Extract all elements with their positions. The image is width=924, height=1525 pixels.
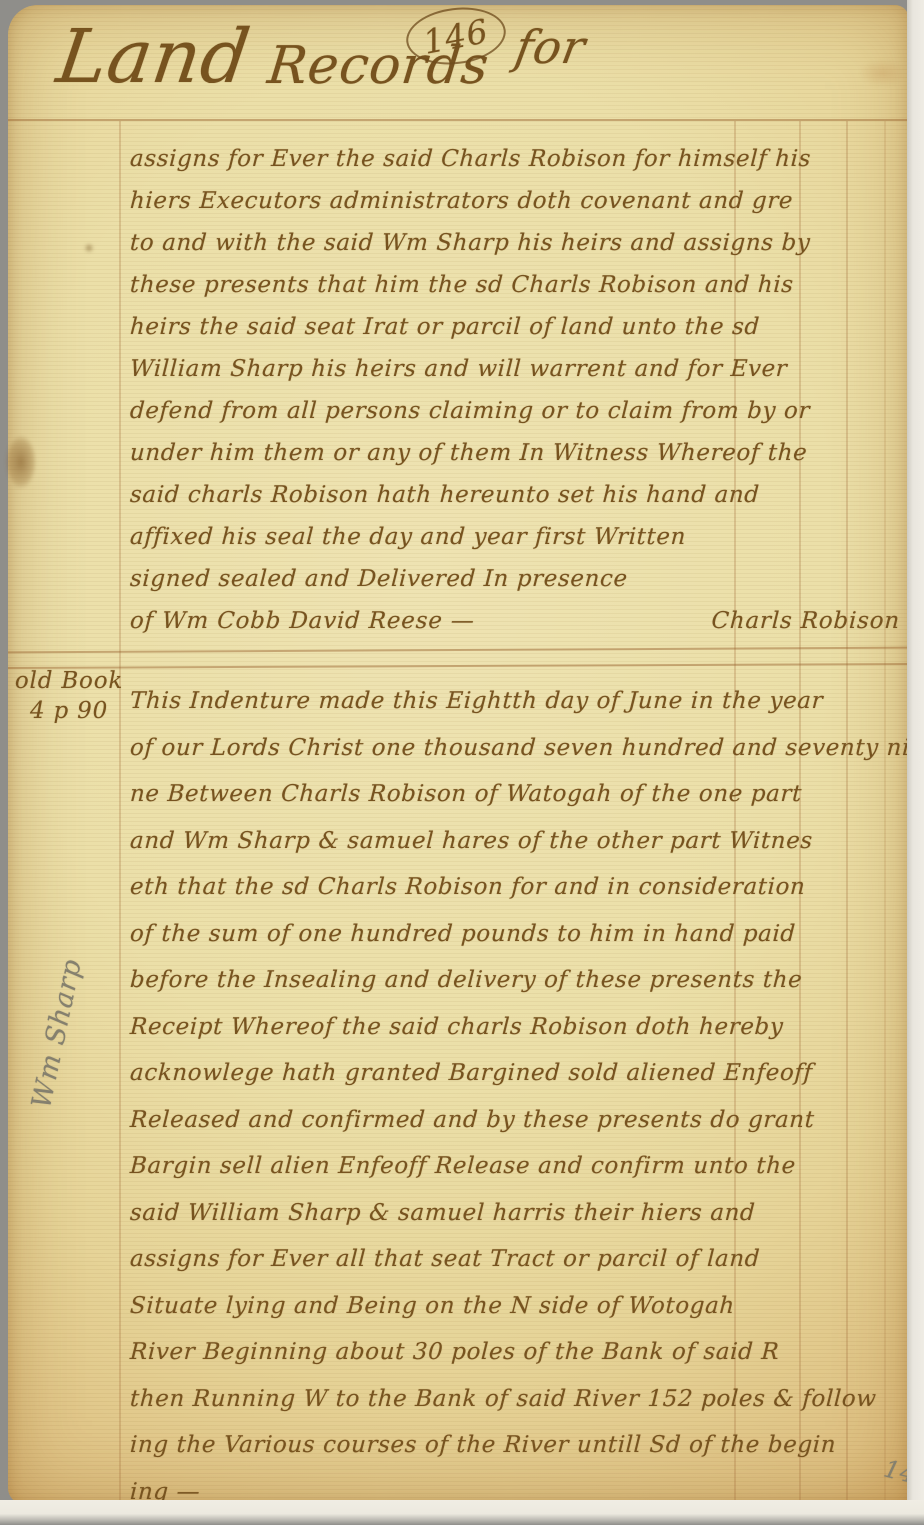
- handwritten-line: before the Insealing and delivery of the…: [129, 957, 911, 1004]
- handwritten-line: then Running W to the Bank of said River…: [129, 1376, 911, 1423]
- left-margin-rule: [119, 121, 121, 1500]
- scanned-document-screenshot: { "page": { "title_word1": "Land", "titl…: [0, 0, 924, 1525]
- handwritten-line: ing the Various courses of the River unt…: [129, 1422, 911, 1469]
- grantor-signature: Charls Robison: [710, 600, 901, 642]
- page-title-for: for: [511, 20, 590, 74]
- handwritten-line: hiers Executors administrators doth cove…: [129, 180, 812, 222]
- handwritten-line: Released and confirmed and by these pres…: [129, 1097, 911, 1144]
- handwritten-line: of the sum of one hundred pounds to him …: [129, 911, 911, 958]
- old-book-reference-line1: old Book: [14, 666, 124, 696]
- handwritten-line: signed sealed and Delivered In presence: [129, 558, 812, 600]
- handwritten-line: affixed his seal the day and year first …: [129, 516, 812, 558]
- handwritten-line: heirs the said seat Irat or parcil of la…: [129, 306, 812, 348]
- deed-entry-2-text: This Indenture made this Eightth day of …: [130, 678, 910, 1515]
- signature-row: of Wm Cobb David Reese — Charls Robison: [129, 600, 901, 642]
- handwritten-line: ne Between Charls Robison of Watogah of …: [129, 771, 911, 818]
- old-book-reference-line2: 4 p 90: [14, 696, 124, 726]
- old-book-reference: old Book 4 p 90: [14, 666, 124, 726]
- next-page-edge: [907, 0, 924, 1525]
- handwritten-line: of our Lords Christ one thousand seven h…: [129, 725, 911, 772]
- page-bottom-edge: [0, 1500, 924, 1525]
- handwritten-line: assigns for Ever all that seat Tract or …: [129, 1236, 911, 1283]
- page-number: 146: [420, 11, 492, 62]
- handwritten-line: Situate lying and Being on the N side of…: [129, 1283, 911, 1330]
- handwritten-line: This Indenture made this Eightth day of …: [129, 678, 911, 725]
- handwritten-line: to and with the said Wm Sharp his heirs …: [129, 222, 812, 264]
- handwritten-line: said William Sharp & samuel harris their…: [129, 1190, 911, 1237]
- witness-names: of Wm Cobb David Reese —: [129, 600, 476, 642]
- handwritten-line: and Wm Sharp & samuel hares of the other…: [129, 818, 911, 865]
- handwritten-line: eth that the sd Charls Robison for and i…: [129, 864, 911, 911]
- handwritten-line: Bargin sell alien Enfeoff Release and co…: [129, 1143, 911, 1190]
- handwritten-line: assigns for Ever the said Charls Robison…: [129, 138, 812, 180]
- handwritten-line: Receipt Whereof the said charls Robison …: [129, 1004, 911, 1051]
- handwritten-line: William Sharp his heirs and will warrent…: [129, 348, 812, 390]
- handwritten-line: River Beginning about 30 poles of the Ba…: [129, 1329, 911, 1376]
- page-title-land: Land: [52, 14, 256, 100]
- handwritten-line: these presents that him the sd Charls Ro…: [129, 264, 812, 306]
- handwritten-line: under him them or any of them In Witness…: [129, 432, 812, 474]
- handwritten-line: acknowlege hath granted Bargined sold al…: [129, 1050, 911, 1097]
- handwritten-line: defend from all persons claiming or to c…: [129, 390, 812, 432]
- deed-entry-1-text: assigns for Ever the said Charls Robison…: [130, 138, 811, 600]
- header-rule-line: [8, 119, 909, 121]
- handwritten-line: said charls Robison hath hereunto set hi…: [129, 474, 812, 516]
